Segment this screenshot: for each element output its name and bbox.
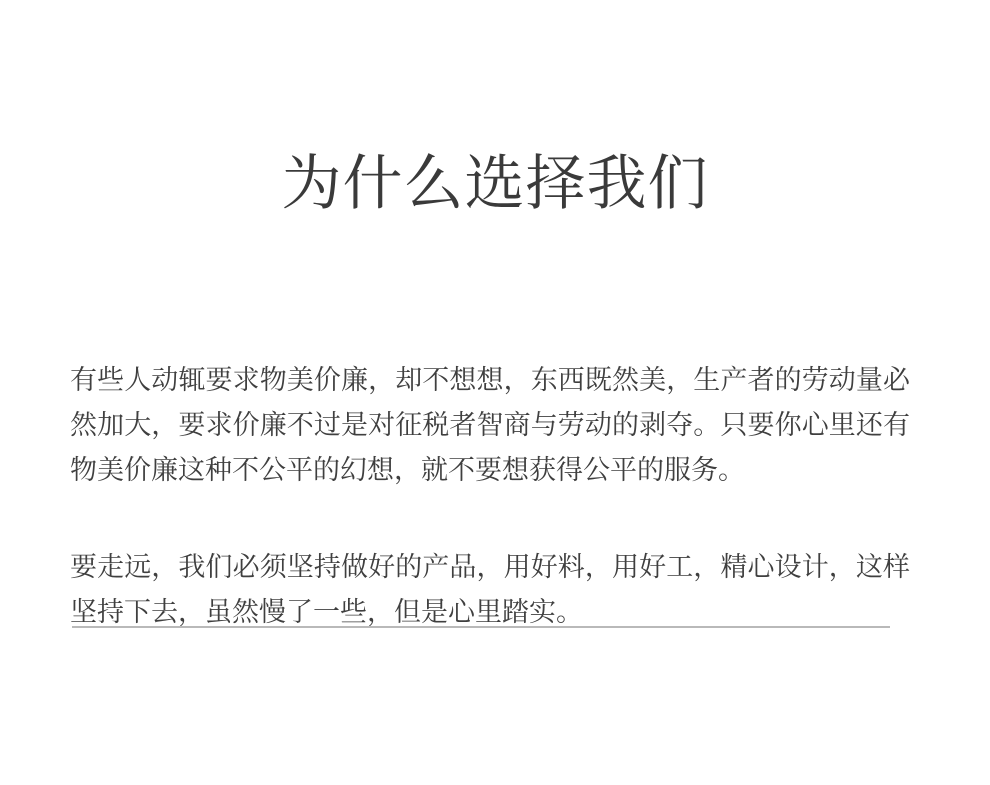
paragraph-value-statement: 有些人动辄要求物美价廉，却不想想，东西既然美，生产者的劳动量必然加大，要求价廉不… (70, 358, 910, 493)
paragraph-commitment-statement: 要走远，我们必须坚持做好的产品，用好料，用好工，精心设计，这样坚持下去，虽然慢了… (70, 545, 910, 635)
body-content: 有些人动辄要求物美价廉，却不想想，东西既然美，生产者的劳动量必然加大，要求价廉不… (70, 358, 910, 635)
page-title: 为什么选择我们 (0, 148, 990, 220)
section-divider-line (72, 626, 890, 628)
why-choose-us-page: 为什么选择我们 有些人动辄要求物美价廉，却不想想，东西既然美，生产者的劳动量必然… (0, 0, 990, 785)
